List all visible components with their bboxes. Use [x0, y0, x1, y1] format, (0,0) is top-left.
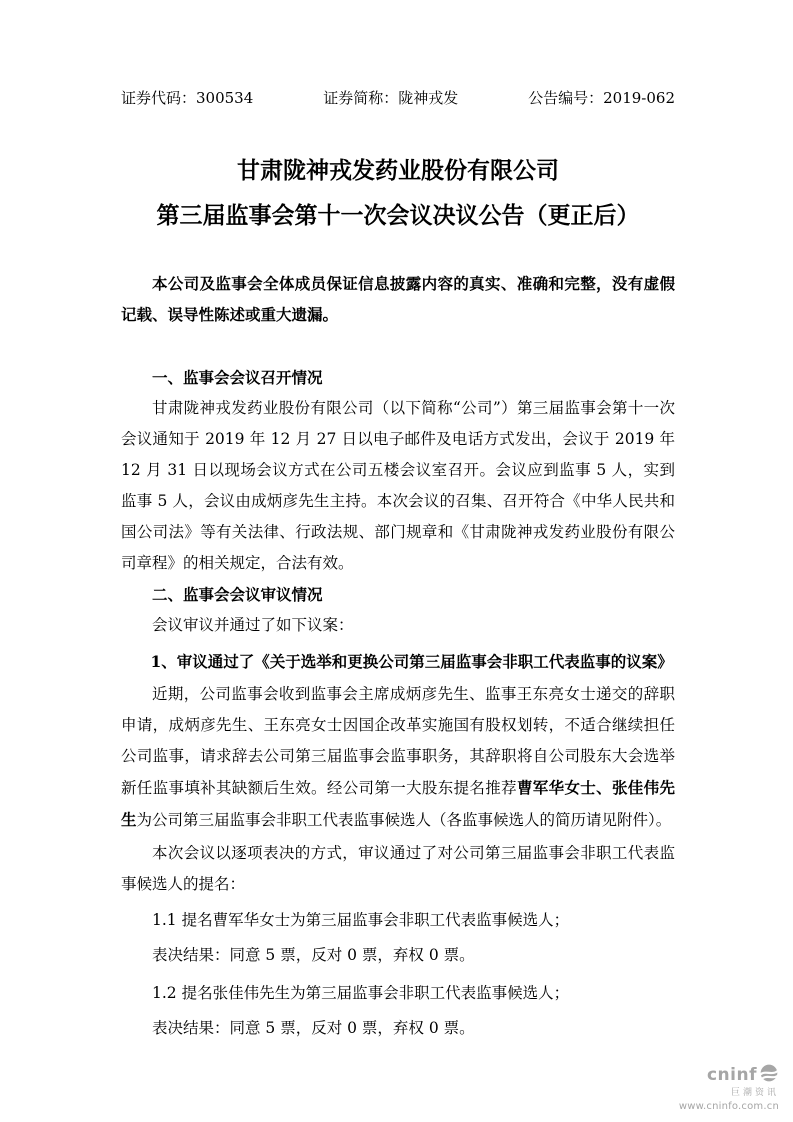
section1-body: 甘肃陇神戎发药业股份有限公司（以下简称“公司”）第三届监事会第十一次会议通知于 …	[121, 393, 675, 579]
document-header: 证券代码：300534 证券简称：陇神戎发 公告编号：2019-062	[121, 88, 675, 108]
company-title: 甘肃陇神戎发药业股份有限公司	[121, 148, 675, 193]
resolution1-heading: 1、审议通过了《关于选举和更换公司第三届监事会非职工代表监事的议案》	[121, 646, 675, 677]
disclaimer-statement: 本公司及监事会全体成员保证信息披露内容的真实、准确和完整，没有虚假记载、误导性陈…	[121, 268, 675, 330]
cninfo-logo: cninf 巨潮资讯 www.cninfo.com.cn	[679, 1063, 779, 1112]
section2-intro: 会议审议并通过了如下议案：	[121, 610, 675, 641]
cninfo-chinese-name: 巨潮资讯	[679, 1089, 779, 1099]
announcement-title: 第三届监事会第十一次会议决议公告（更正后）	[121, 193, 675, 238]
vote-intro-paragraph: 本次会议以逐项表决的方式，审议通过了对公司第三届监事会非职工代表监事候选人的提名…	[121, 838, 675, 900]
nomination-item-1: 1.1 提名曹军华女士为第三届监事会非职工代表监事候选人； 表决结果：同意 5 …	[121, 903, 675, 973]
nomination-2-text: 1.2 提名张佳伟先生为第三届监事会非职工代表监事候选人；	[121, 976, 675, 1011]
cninfo-brand-row: cninf	[679, 1063, 779, 1088]
cninfo-url: www.cninfo.com.cn	[679, 1101, 779, 1112]
stock-name: 证券简称：陇神戎发	[323, 88, 458, 108]
stock-code: 证券代码：300534	[121, 88, 253, 108]
cninfo-swirl-icon	[759, 1063, 779, 1088]
resignation-text-2: 为公司第三届监事会非职工代表监事候选人（各监事候选人的简历请见附件）。	[137, 811, 672, 829]
section1-heading: 一、监事会会议召开情况	[121, 362, 675, 393]
section2-heading: 二、监事会会议审议情况	[121, 579, 675, 610]
announcement-number: 公告编号：2019-062	[528, 88, 675, 108]
nomination-item-2: 1.2 提名张佳伟先生为第三届监事会非职工代表监事候选人； 表决结果：同意 5 …	[121, 976, 675, 1046]
nomination-1-result: 表决结果：同意 5 票，反对 0 票，弃权 0 票。	[121, 938, 675, 973]
nomination-2-result: 表决结果：同意 5 票，反对 0 票，弃权 0 票。	[121, 1011, 675, 1046]
nomination-1-text: 1.1 提名曹军华女士为第三届监事会非职工代表监事候选人；	[121, 903, 675, 938]
cninfo-brand-text: cninf	[707, 1066, 757, 1085]
resignation-paragraph: 近期，公司监事会收到监事会主席成炳彦先生、监事王东亮女士递交的辞职申请，成炳彦先…	[121, 679, 675, 836]
document-page: 证券代码：300534 证券简称：陇神戎发 公告编号：2019-062 甘肃陇神…	[0, 0, 793, 1122]
